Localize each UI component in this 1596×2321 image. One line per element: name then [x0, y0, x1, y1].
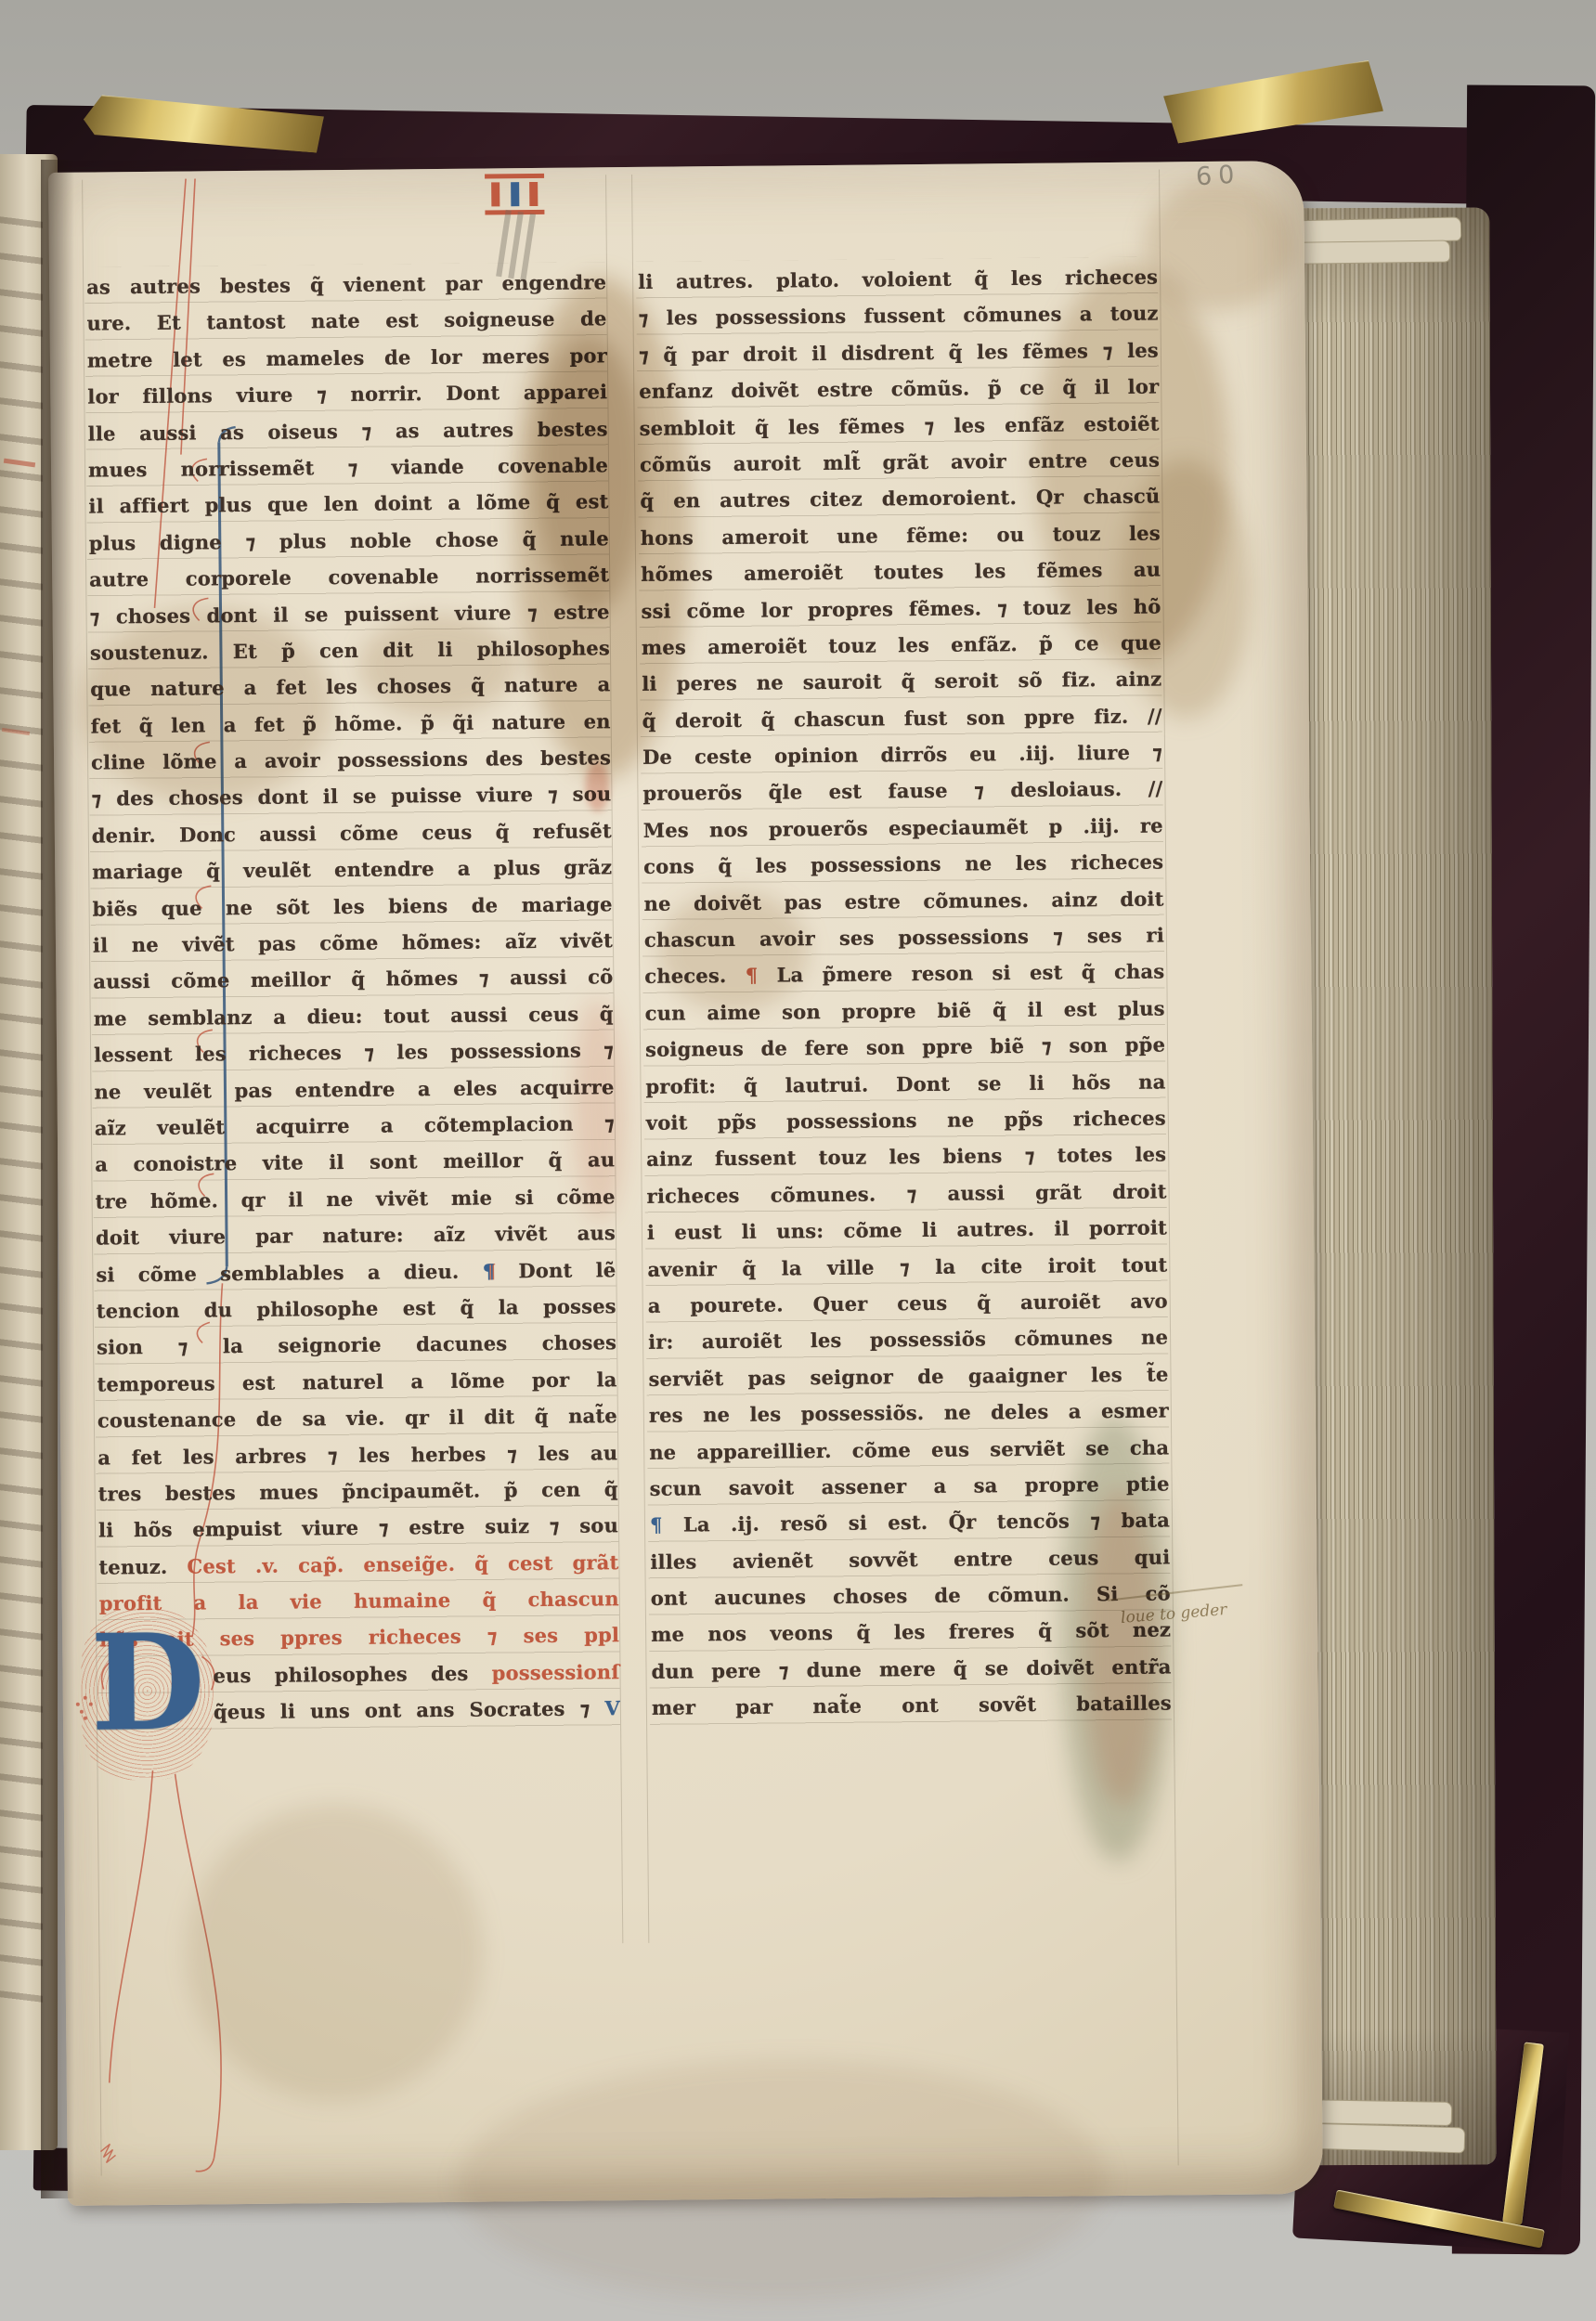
text-segment: li autres. plato. voloient q̃ les richec… [638, 266, 1158, 293]
text-segment: ssi cõme lor propres fẽmes. ⁊ touz les h… [641, 594, 1161, 622]
text-line: ainz fussent touz les biens ⁊ totes les [646, 1136, 1166, 1178]
text-segment: ainz fussent touz les biens ⁊ totes les [646, 1143, 1166, 1171]
text-line: ne doivẽt pas estre cõmunes. ainz doit [643, 880, 1163, 922]
text-line: mues norrissemẽt ⁊ viande covenable [88, 447, 608, 488]
text-line: sembloit q̃ les fẽmes ⁊ les enfãz estoiẽ… [639, 405, 1159, 447]
text-line: illes avienẽt sovvẽt entre ceus qui [650, 1538, 1170, 1580]
text-segment: hõmes ameroiẽt toutes les fẽmes au [641, 558, 1161, 586]
text-line: tencion du philosophe est q̃ la posses [97, 1288, 616, 1329]
text-segment: hons ameroit une fẽme: ou touz les [641, 521, 1161, 549]
text-line: a pourete. Quer ceus q̃ auroiẽt avo [648, 1282, 1168, 1324]
text-line: autre corporele covenable norrissemẽt [89, 556, 609, 598]
text-line: si cõme semblables a dieu. ¶ Dont lẽ [96, 1251, 616, 1293]
manuscript-page: III 60 as autres bestes q̃ vienent par e… [48, 161, 1323, 2206]
text-segment: q̃ deroit q̃ chascun fust son ppre fiz. … [642, 704, 1162, 732]
text-line: hõmes ameroiẽt toutes les fẽmes au [641, 551, 1161, 593]
text-line: ir: auroiẽt les possessiõs cõmunes ne [648, 1319, 1168, 1361]
text-line: lle aussi as oiseus ⁊ as autres bestes [88, 410, 608, 452]
text-segment: a fet les arbres ⁊ les herbes ⁊ les au [97, 1441, 617, 1469]
text-segment: La p̃mere reson si est q̃ chas [777, 960, 1165, 987]
text-segment: cons q̃ les possessions ne les richeces [643, 850, 1163, 878]
text-segment: me nos veons q̃ les freres q̃ sõt nez [651, 1618, 1171, 1646]
text-segment: aĩz veulẽt acquirre a cõtemplacion ⁊ [95, 1111, 615, 1139]
text-line: tenuz. Cest .v. cap̃. enseig̃e. q̃ cest … [98, 1544, 618, 1586]
text-line: ne veulẽt pas entendre a eles acquirre [94, 1069, 614, 1110]
text-segment: soustenuz. Et p̃ cen dit li philosophes [90, 636, 610, 664]
text-line: fet q̃ len a fet p̃ hõme. p̃ q̃i nature … [91, 703, 611, 745]
text-line: q̃ en autres citez demoroient. Qr chascũ [640, 478, 1160, 520]
text-line: richeces cõmunes. ⁊ aussi grãt droit [646, 1173, 1166, 1214]
text-segment: De ceste opinion dirrõs eu .iij. liure ⁊ [642, 741, 1162, 769]
text-segment: li hõs empuist viure ⁊ estre suiz ⁊ sou [98, 1513, 618, 1541]
text-segment: chascun avoir ses possessions ⁊ ses ri [644, 924, 1164, 952]
text-line: ⁊ les possessions fussent cõmunes a touz [638, 295, 1158, 337]
text-column-left: as autres bestes q̃ vienent par engendre… [86, 264, 620, 1731]
text-line: a fet les arbres ⁊ les herbes ⁊ les au [97, 1434, 617, 1476]
text-segment: La .ij. resõ si est. Q̃r tencõs ⁊ bata [683, 1509, 1170, 1537]
text-segment: ont aucunes choses de cõmun. Si cõ [651, 1582, 1171, 1610]
text-segment: checes. [644, 964, 746, 988]
text-line: De ceste opinion dirrõs eu .iij. liure ⁊ [642, 734, 1162, 776]
text-line: il affiert plus que len doint a lõme q̃ … [88, 484, 608, 525]
text-segment: ⁊ les possessions fussent cõmunes a touz [638, 302, 1158, 330]
text-line: tres bestes mues p̃ncipaumẽt. p̃ cen q̃ [97, 1471, 617, 1512]
text-segment: cline lõme a avoir possessions des beste… [91, 746, 611, 773]
text-segment: ⁊ des choses dont il se puisse viure ⁊ s… [91, 783, 611, 810]
text-line: q̃ deroit q̃ chascun fust son ppre fiz. … [642, 697, 1162, 739]
text-segment: ne doivẽt pas estre cõmunes. ainz doit [643, 887, 1163, 914]
text-segment: i eust li uns: cõme li autres. il porroi… [647, 1216, 1167, 1244]
gutter-shadow [41, 160, 74, 2198]
text-line: me nos veons q̃ les freres q̃ sõt nez [651, 1612, 1171, 1653]
text-segment: soigneus de fere son ppre biẽ ⁊ son pp̃e [645, 1033, 1165, 1061]
text-line: que nature a fet les choses q̃ nature a [90, 667, 610, 708]
text-line: ssi cõme lor propres fẽmes. ⁊ touz les h… [641, 588, 1161, 629]
text-segment: tencion du philosophe est q̃ la posses [97, 1294, 616, 1322]
text-line: il ne vivẽt pas cõme hõmes: aĩz vivẽt [93, 922, 613, 964]
text-segment: il ne vivẽt pas cõme hõmes: aĩz vivẽt [93, 928, 613, 956]
text-segment: coustenance de sa vie. qr il dit q̃ nat̃… [97, 1404, 617, 1432]
text-line: avenir q̃ la ville ⁊ la cite iroit tout [647, 1246, 1167, 1288]
text-line: lessent les richeces ⁊ les possessions ⁊ [94, 1031, 614, 1073]
text-segment: ¶ [746, 964, 777, 987]
text-line: soustenuz. Et p̃ cen dit li philosophes [90, 629, 610, 671]
text-segment: serviẽt pas seignor de gaaigner les t̃e [648, 1362, 1168, 1390]
text-line: aussi cõme meillor q̃ hõmes ⁊ aussi cõ [93, 959, 613, 1001]
text-segment: ne appareillier. cõme eus serviẽt se cha [649, 1435, 1169, 1463]
text-line: ne appareillier. cõme eus serviẽt se cha [649, 1429, 1169, 1471]
text-segment: q̃eus li uns ont ans Socrates ⁊ [214, 1697, 605, 1724]
facing-page-text-blur [0, 216, 43, 2004]
text-line: enfanz doivẽt estre cõmũs. p̃ ce q̃ il l… [639, 369, 1159, 410]
text-line: li peres ne sauroit q̃ seroit sõ fiz. ai… [642, 661, 1161, 703]
text-line: ure. Et tantost nate est soigneuse de [86, 301, 606, 343]
text-line: aĩz veulẽt acquirre a cõtemplacion ⁊ [95, 1105, 615, 1147]
text-segment: si cõme semblables a dieu. [96, 1259, 483, 1286]
text-line: doit viure par nature: aĩz vivẽt aus [96, 1214, 616, 1256]
text-segment: a pourete. Quer ceus q̃ auroiẽt avo [648, 1289, 1168, 1316]
text-segment: profit: q̃ lautrui. Dont se li hõs na [645, 1070, 1165, 1097]
text-segment: lle aussi as oiseus ⁊ as autres bestes [88, 417, 608, 445]
text-line: plus digne ⁊ plus noble chose q̃ nule [89, 520, 609, 562]
text-segment: ⁊ choses dont il se puissent viure ⁊ est… [89, 600, 609, 628]
text-line: cline lõme a avoir possessions des beste… [91, 739, 611, 781]
text-line: ⁊ des choses dont il se puisse viure ⁊ s… [91, 776, 611, 818]
text-segment: as autres bestes q̃ vienent par engendre [86, 270, 606, 298]
text-line: scun savoit assener a sa propre ptie [649, 1465, 1169, 1507]
text-segment: denir. Donc aussi cõme ceus q̃ refusẽt [92, 819, 612, 847]
text-line: serviẽt pas seignor de gaaigner les t̃e [648, 1355, 1168, 1397]
text-segment: plus digne ⁊ plus noble chose q̃ nule [89, 526, 609, 554]
text-segment: sion ⁊ la seignorie dacunes choses [97, 1331, 616, 1359]
text-line: temporeus est naturel a lõme por la [97, 1361, 616, 1403]
text-segment: dun pere ⁊ dune mere q̃ se doivẽt entr̃a [651, 1654, 1171, 1682]
text-line: coustenance de sa vie. qr il dit q̃ nat̃… [97, 1397, 617, 1439]
text-segment: a conoistre vite il sont meillor q̃ au [95, 1148, 615, 1176]
text-segment: avenir q̃ la ville ⁊ la cite iroit tout [647, 1252, 1167, 1280]
text-segment: fet q̃ len a fet p̃ hõme. p̃ q̃i nature … [91, 709, 611, 737]
text-line: cõmũs auroit mlt̃ grãt avoir entre ceus [640, 441, 1160, 483]
text-segment: autre corporele covenable norrissemẽt [89, 563, 609, 590]
text-line: biẽs que ne sõt les biens de mariage [92, 886, 612, 927]
text-segment: ne veulẽt pas entendre a eles acquirre [94, 1075, 614, 1103]
text-segment: doit viure par nature: aĩz vivẽt aus [96, 1221, 616, 1249]
text-line: voit pp̃s possessions ne pp̃s richeces [646, 1099, 1166, 1141]
text-segment: lessent les richeces ⁊ les possessions ⁊ [94, 1038, 614, 1066]
text-segment: ¶ [650, 1513, 683, 1537]
text-segment: sembloit q̃ les fẽmes ⁊ les enfãz estoiẽ… [640, 411, 1160, 439]
text-line: li hõs empuist viure ⁊ estre suiz ⁊ sou [98, 1507, 618, 1549]
text-segment: illes avienẽt sovvẽt entre ceus qui [650, 1545, 1170, 1573]
text-segment: il affiert plus que len doint a lõme q̃ … [88, 490, 608, 518]
text-line: lor fillons viure ⁊ norrir. Dont apparei [87, 373, 607, 415]
text-segment: ure. Et tantost nate est soigneuse de [86, 307, 606, 335]
text-line: dun pere ⁊ dune mere q̃ se doivẽt entr̃a [651, 1648, 1171, 1690]
text-segment: prouerõs q̃le est fause ⁊ desloiaus. // [642, 777, 1162, 805]
text-segment: V [604, 1696, 620, 1719]
text-segment: q̃ en autres citez demoroient. Qr chascũ [640, 485, 1160, 512]
text-line: ont aucunes choses de cõmun. Si cõ [651, 1575, 1171, 1617]
text-segment: voit pp̃s possessions ne pp̃s richeces [646, 1106, 1166, 1134]
text-line: me semblanz a dieu: tout aussi ceus q̃ [94, 995, 614, 1037]
text-segment: eus philosophes des [213, 1661, 491, 1687]
text-segment: tres bestes mues p̃ncipaumẽt. p̃ cen q̃ [98, 1477, 618, 1505]
text-segment: ir: auroiẽt les possessiõs cõmunes ne [648, 1326, 1168, 1354]
text-line: mes ameroiẽt touz les enfãz. p̃ ce que [642, 624, 1161, 666]
folio-number: 60 [1195, 160, 1241, 191]
text-segment: cõmũs auroit mlt̃ grãt avoir entre ceus [640, 447, 1160, 475]
text-segment: ⁊ q̃ par droit il disdrent q̃ les fẽmes … [639, 338, 1159, 366]
text-segment: scun savoit assener a sa propre ptie [650, 1472, 1170, 1499]
text-segment: mues norrissemẽt ⁊ viande covenable [88, 453, 608, 481]
text-segment: richeces cõmunes. ⁊ aussi grãt droit [646, 1179, 1166, 1207]
text-segment: mariage q̃ veulẽt entendre a plus grãz [92, 855, 612, 883]
text-line: soigneus de fere son ppre biẽ ⁊ son pp̃e [645, 1027, 1165, 1069]
text-segment: tenuz. [98, 1554, 187, 1578]
text-line: mariage q̃ veulẽt entendre a plus grãz [92, 849, 612, 890]
text-segment: lor fillons viure ⁊ norrir. Dont apparei [87, 380, 607, 408]
text-line: res ne les possessiõs. ne deles a esmer [649, 1393, 1169, 1434]
text-segment: metre let es mameles de lor meres por [87, 344, 607, 371]
text-segment: mer par nat̃e ont sovẽt batailles [652, 1692, 1172, 1719]
text-column-right: li autres. plato. voloient q̃ les richec… [638, 259, 1172, 1727]
text-segment: aussi cõme meillor q̃ hõmes ⁊ aussi cõ [93, 966, 613, 993]
text-line: a conoistre vite il sont meillor q̃ au [95, 1142, 615, 1184]
text-line: ⁊ choses dont il se puissent viure ⁊ est… [89, 593, 609, 635]
text-line: cun aime son propre biẽ q̃ il est plus [645, 990, 1165, 1031]
text-line: Mes nos prouerõs especiaumẽt p .iij. re [643, 807, 1163, 849]
text-line: i eust li uns: cõme li autres. il porroi… [647, 1210, 1167, 1251]
text-line: cons q̃ les possessions ne les richeces [643, 844, 1163, 886]
text-segment: que nature a fet les choses q̃ nature a [90, 673, 610, 701]
illuminated-initial-D: D [84, 1615, 211, 1772]
text-line: profit: q̃ lautrui. Dont se li hõs na [645, 1063, 1165, 1105]
stain [1144, 179, 1293, 311]
initial-letter: D [90, 1608, 206, 1757]
text-line: denir. Donc aussi cõme ceus q̃ refusẽt [92, 812, 612, 854]
stain [457, 2056, 1109, 2304]
text-line: metre let es mameles de lor meres por [87, 337, 607, 379]
quire-stroke [491, 182, 500, 206]
text-line: prouerõs q̃le est fause ⁊ desloiaus. // [642, 771, 1162, 812]
text-line: li autres. plato. voloient q̃ les richec… [638, 259, 1158, 301]
text-segment: possessionſ [492, 1660, 620, 1684]
text-line: as autres bestes q̃ vienent par engendre [86, 264, 606, 305]
text-line: ⁊ q̃ par droit il disdrent q̃ les fẽmes … [639, 331, 1159, 373]
text-line: checes. ¶ La p̃mere reson si est q̃ chas [644, 953, 1164, 995]
text-segment: Mes nos prouerõs especiaumẽt p .iij. re [643, 813, 1163, 841]
text-line: chascun avoir ses possessions ⁊ ses ri [644, 917, 1164, 959]
text-segment: biẽs que ne sõt les biens de mariage [92, 892, 612, 920]
text-segment: mes ameroiẽt touz les enfãz. p̃ ce que [642, 630, 1161, 658]
text-line: sion ⁊ la seignorie dacunes choses [97, 1325, 616, 1367]
text-segment: temporeus est naturel a lõme por la [97, 1368, 616, 1395]
text-line: mer par nat̃e ont sovẽt batailles [652, 1685, 1172, 1727]
manuscript-photo: III 60 as autres bestes q̃ vienent par e… [0, 0, 1596, 2321]
text-line: ¶ La .ij. resõ si est. Q̃r tencõs ⁊ bata [650, 1502, 1170, 1544]
stain [185, 1803, 485, 2103]
text-segment: tre hõme. qr il ne vivẽt mie si cõme [96, 1185, 616, 1212]
text-segment: li peres ne sauroit q̃ seroit sõ fiz. ai… [642, 668, 1161, 695]
text-segment: cun aime son propre biẽ q̃ il est plus [645, 996, 1165, 1024]
text-line: tre hõme. qr il ne vivẽt mie si cõme [95, 1178, 615, 1220]
text-segment: me semblanz a dieu: tout aussi ceus q̃ [94, 1002, 614, 1030]
text-segment: ¶ [483, 1259, 496, 1282]
text-segment: Dont lẽ [495, 1258, 616, 1282]
text-segment: Cest .v. cap̃. enseig̃e. q̃ cest grãt [187, 1550, 618, 1577]
text-segment: enfanz doivẽt estre cõmũs. p̃ ce q̃ il l… [639, 375, 1159, 403]
text-segment: res ne les possessiõs. ne deles a esmer [649, 1399, 1169, 1427]
text-line: hons ameroit une fẽme: ou touz les [641, 514, 1161, 556]
